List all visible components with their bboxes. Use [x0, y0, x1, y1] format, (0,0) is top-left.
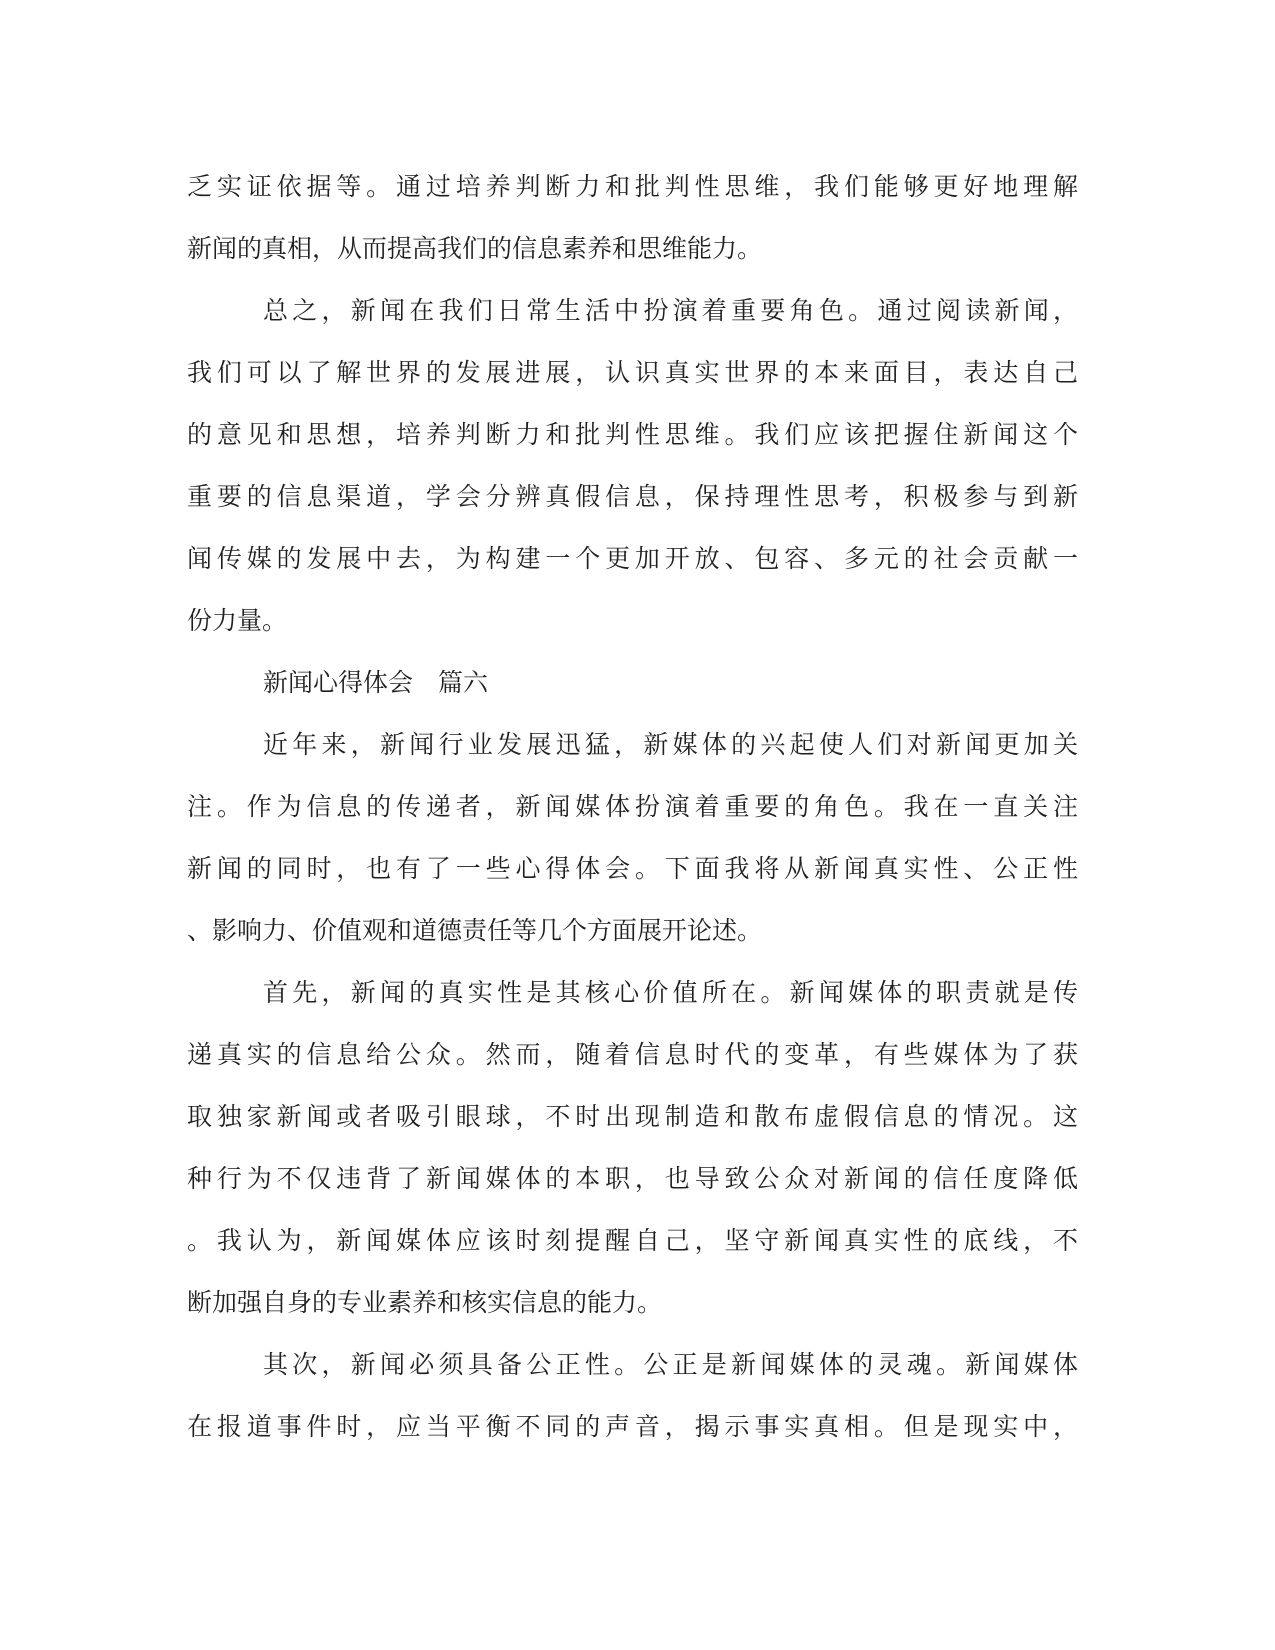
text-line: 注。作为信息的传递者，新闻媒体扮演着重要的角色。我在一直关注	[187, 776, 1078, 838]
text-line: 闻传媒的发展中去，为构建一个更加开放、包容、多元的社会贡献一	[187, 528, 1078, 590]
text-line: 乏实证依据等。通过培养判断力和批判性思维，我们能够更好地理解	[187, 156, 1078, 218]
text-line: 在报道事件时，应当平衡不同的声音，揭示事实真相。但是现实中，	[187, 1396, 1078, 1458]
text-block: 乏实证依据等。通过培养判断力和批判性思维，我们能够更好地理解新闻的真相，从而提高…	[187, 156, 1078, 1458]
text-line: 重要的信息渠道，学会分辨真假信息，保持理性思考，积极参与到新	[187, 466, 1078, 528]
text-line: 份力量。	[187, 590, 1078, 652]
text-line: 断加强自身的专业素养和核实信息的能力。	[187, 1272, 1078, 1334]
text-line: 其次，新闻必须具备公正性。公正是新闻媒体的灵魂。新闻媒体	[187, 1334, 1078, 1396]
text-line: 递真实的信息给公众。然而，随着信息时代的变革，有些媒体为了获	[187, 1024, 1078, 1086]
document-page: 乏实证依据等。通过培养判断力和批判性思维，我们能够更好地理解新闻的真相，从而提高…	[0, 0, 1275, 1650]
text-line: 、影响力、价值观和道德责任等几个方面展开论述。	[187, 900, 1078, 962]
text-line: 新闻心得体会 篇六	[187, 652, 1078, 714]
text-line: 首先，新闻的真实性是其核心价值所在。新闻媒体的职责就是传	[187, 962, 1078, 1024]
text-line: 。我认为，新闻媒体应该时刻提醒自己，坚守新闻真实性的底线，不	[187, 1210, 1078, 1272]
text-line: 新闻的同时，也有了一些心得体会。下面我将从新闻真实性、公正性	[187, 838, 1078, 900]
text-line: 近年来，新闻行业发展迅猛，新媒体的兴起使人们对新闻更加关	[187, 714, 1078, 776]
text-line: 总之，新闻在我们日常生活中扮演着重要角色。通过阅读新闻，	[187, 280, 1078, 342]
text-line: 我们可以了解世界的发展进展，认识真实世界的本来面目，表达自己	[187, 342, 1078, 404]
text-line: 种行为不仅违背了新闻媒体的本职，也导致公众对新闻的信任度降低	[187, 1148, 1078, 1210]
text-line: 新闻的真相，从而提高我们的信息素养和思维能力。	[187, 218, 1078, 280]
text-line: 的意见和思想，培养判断力和批判性思维。我们应该把握住新闻这个	[187, 404, 1078, 466]
text-line: 取独家新闻或者吸引眼球，不时出现制造和散布虚假信息的情况。这	[187, 1086, 1078, 1148]
